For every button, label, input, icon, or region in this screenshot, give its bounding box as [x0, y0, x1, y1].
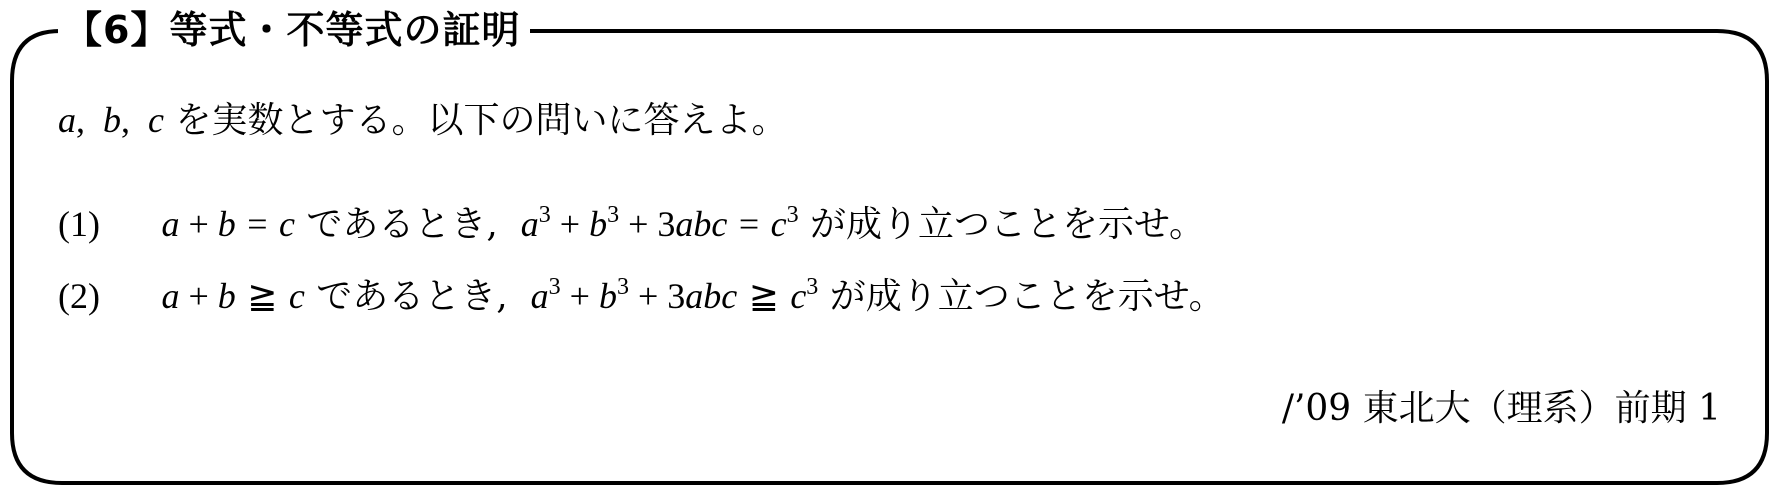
mid-text: であるとき, — [316, 276, 507, 317]
condition-rhs: c — [279, 204, 295, 244]
condition-rhs: c — [289, 276, 305, 316]
end-text: が成り立つことを示せ。 — [830, 276, 1225, 317]
problem-title: 【6】等式・不等式の証明 — [58, 4, 530, 56]
var-a: a — [58, 100, 76, 140]
intro-text: を実数とする。以下の問いに答えよ。 — [175, 100, 787, 141]
end-text: が成り立つことを示せ。 — [810, 204, 1205, 245]
condition-op: ≧ — [247, 276, 277, 316]
mid-text: であるとき, — [306, 204, 497, 245]
item-number: (1) — [58, 200, 150, 248]
var-b: b — [103, 100, 121, 140]
claim-op: = — [739, 204, 759, 244]
item-number: (2) — [58, 272, 150, 320]
condition-op: = — [247, 204, 267, 244]
item-2: (2) a + b ≧ c であるとき, a3 + b3 + 3abc ≧ c3… — [58, 272, 1225, 321]
source-citation: /’09 東北大（理系）前期 1 — [1282, 385, 1721, 433]
var-c: c — [148, 100, 164, 140]
item-1: (1) a + b = c であるとき, a3 + b3 + 3abc = c3… — [58, 200, 1205, 249]
claim-op: ≧ — [749, 276, 779, 316]
problem-intro: a, b, c を実数とする。以下の問いに答えよ。 — [58, 96, 787, 145]
